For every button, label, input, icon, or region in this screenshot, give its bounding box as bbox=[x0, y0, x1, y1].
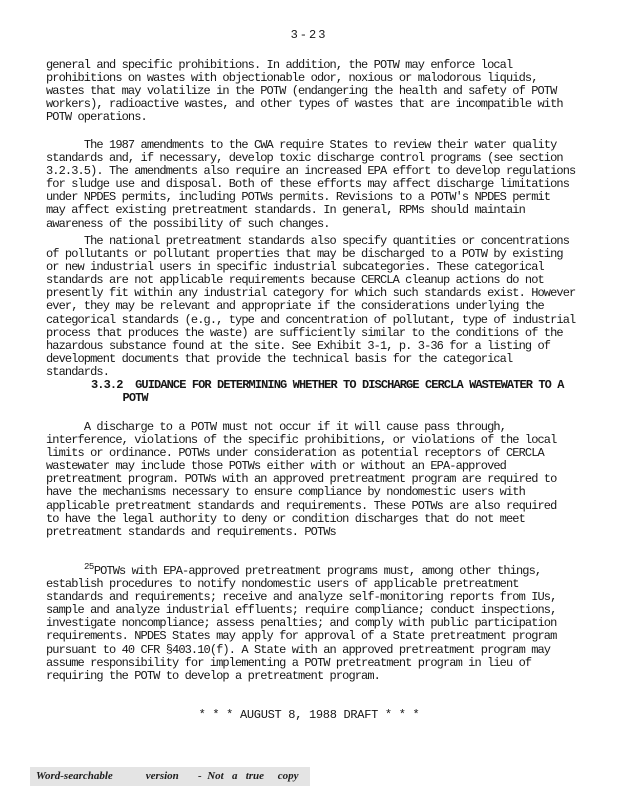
paragraph-cwa-amendments: The 1987 amendments to the CWA require S… bbox=[46, 139, 606, 231]
paragraph-discharge-guidance: A discharge to a POTW must not occur if … bbox=[46, 421, 606, 539]
footer-watermark: Word-searchable version - Not a true cop… bbox=[30, 767, 310, 786]
page-number: 3-23 bbox=[0, 28, 618, 42]
footnote-marker: 25 bbox=[84, 562, 94, 572]
paragraph-general-prohibitions: general and specific prohibitions. In ad… bbox=[46, 59, 606, 124]
section-heading-3-3-2: 3.3.2 GUIDANCE FOR DETERMINING WHETHER T… bbox=[91, 379, 606, 405]
footnote-25: 25POTWs with EPA-approved pretreatment p… bbox=[46, 565, 606, 683]
paragraph-national-pretreatment-standards: The national pretreatment standards also… bbox=[46, 235, 606, 379]
document-page: 3-23 general and specific prohibitions. … bbox=[0, 0, 618, 800]
footnote-text: POTWs with EPA-approved pretreatment pro… bbox=[46, 564, 556, 683]
draft-banner: * * * AUGUST 8, 1988 DRAFT * * * bbox=[0, 708, 618, 722]
